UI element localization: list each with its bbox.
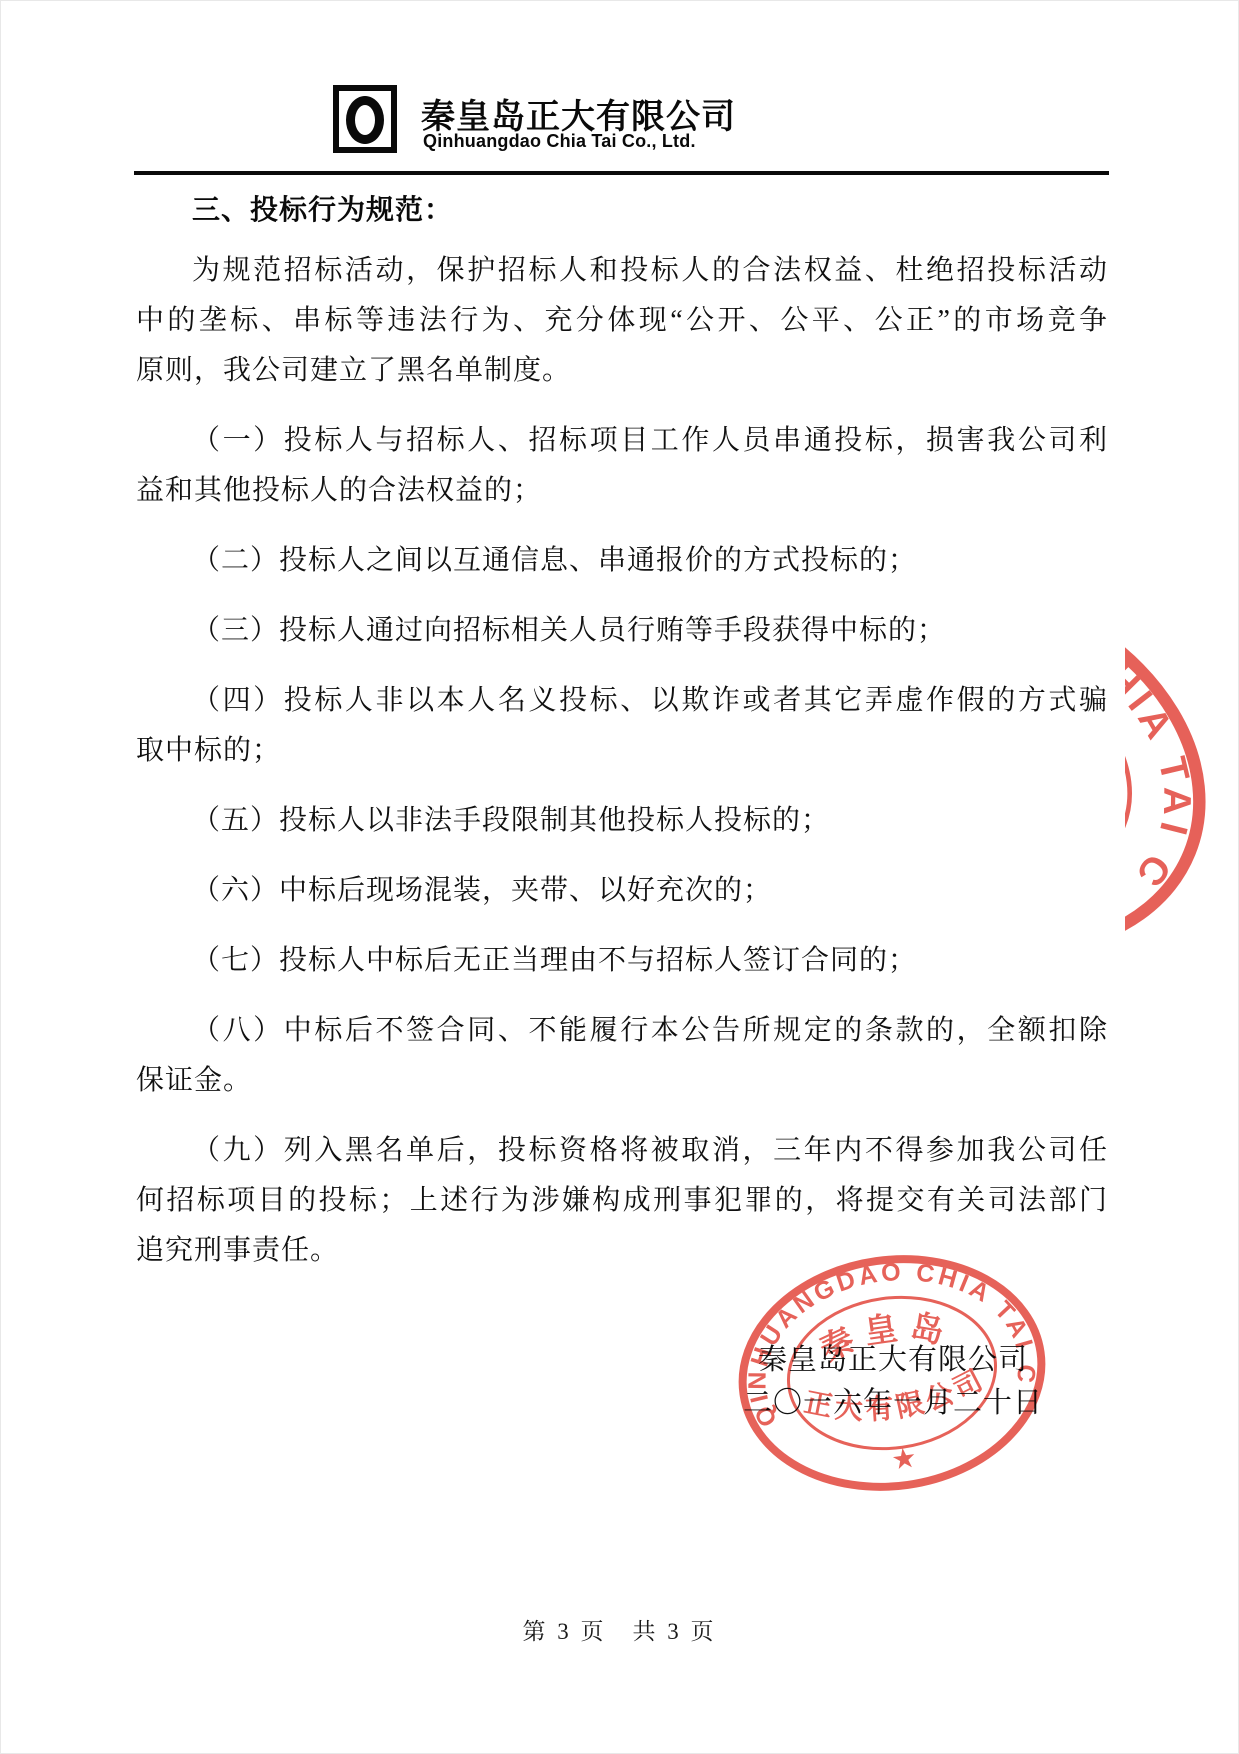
body-line: （六）中标后现场混装，夹带、以好充次的；: [136, 866, 1108, 916]
body-line: （八）中标后不签合同、不能履行本公告所规定的条款的，全额扣除: [136, 1006, 1108, 1056]
company-name-en: Qinhuangdao Chia Tai Co., Ltd.: [423, 131, 696, 152]
seal-star-icon: ★: [890, 1443, 919, 1477]
body-line: 取中标的；: [136, 726, 1108, 776]
partial-seal-stamp: QINHUANGDAO CHIA TAI CO., LTD. 秦皇岛 正大有限公…: [1125, 625, 1239, 937]
body-paragraph: （八）中标后不签合同、不能履行本公告所规定的条款的，全额扣除保证金。: [136, 1006, 1108, 1106]
logo-oval: [346, 96, 384, 144]
body-line: 保证金。: [136, 1056, 1108, 1106]
body-paragraph: （四）投标人非以本人名义投标、以欺诈或者其它弄虚作假的方式骗取中标的；: [136, 676, 1108, 776]
body-line: 益和其他投标人的合法权益的；: [136, 466, 1108, 516]
page-footer: 第 3 页 共 3 页: [1, 1613, 1238, 1646]
body-line: （五）投标人以非法手段限制其他投标人投标的；: [136, 796, 1108, 846]
body-line: 为规范招标活动，保护招标人和投标人的合法权益、杜绝招投标活动: [136, 246, 1108, 296]
body-paragraph: （五）投标人以非法手段限制其他投标人投标的；: [136, 796, 1108, 846]
body-line: （三）投标人通过向招标相关人员行贿等手段获得中标的；: [136, 606, 1108, 656]
body-paragraph: （七）投标人中标后无正当理由不与招标人签订合同的；: [136, 936, 1108, 986]
body-paragraph: （三）投标人通过向招标相关人员行贿等手段获得中标的；: [136, 606, 1108, 656]
svg-text:正大有限公司: 正大有限公司: [798, 1361, 994, 1436]
body-line: 何招标项目的投标；上述行为涉嫌构成刑事犯罪的，将提交有关司法部门: [136, 1176, 1108, 1226]
body-paragraph: （二）投标人之间以互通信息、串通报价的方式投标的；: [136, 536, 1108, 586]
body-line: （四）投标人非以本人名义投标、以欺诈或者其它弄虚作假的方式骗: [136, 676, 1108, 726]
document-page: 秦皇岛正大有限公司 Qinhuangdao Chia Tai Co., Ltd.…: [0, 0, 1239, 1754]
company-seal-stamp: QINHUANGDAO CHIA TAI CO., LTD. 秦皇岛 正大有限公…: [716, 1226, 1068, 1520]
seal-inner-bottom-text: 正大有限公司: [798, 1361, 994, 1436]
body-paragraph: （一）投标人与招标人、招标项目工作人员串通投标，损害我公司利益和其他投标人的合法…: [136, 416, 1108, 516]
seal-inner-top-text: 秦皇岛: [812, 1301, 961, 1370]
body-line: 中的垄标、串标等违法行为、充分体现“公开、公平、公正”的市场竞争: [136, 296, 1108, 346]
body-line: （七）投标人中标后无正当理由不与招标人签订合同的；: [136, 936, 1108, 986]
svg-text:秦皇岛: 秦皇岛: [812, 1301, 961, 1370]
body-line: （一）投标人与招标人、招标项目工作人员串通投标，损害我公司利: [136, 416, 1108, 466]
body-paragraph: （六）中标后现场混装，夹带、以好充次的；: [136, 866, 1108, 916]
page-number: 第 3 页 共 3 页: [523, 1619, 717, 1644]
header-divider: [134, 171, 1109, 175]
company-logo-icon: [333, 85, 397, 153]
body-paragraph: 为规范招标活动，保护招标人和投标人的合法权益、杜绝招投标活动中的垄标、串标等违法…: [136, 246, 1108, 396]
section-title: 三、投标行为规范：: [136, 193, 1108, 227]
body-line: 原则，我公司建立了黑名单制度。: [136, 346, 1108, 396]
body-line: （二）投标人之间以互通信息、串通报价的方式投标的；: [136, 536, 1108, 586]
body-line: （九）列入黑名单后，投标资格将被取消，三年内不得参加我公司任: [136, 1126, 1108, 1176]
document-paragraphs: 为规范招标活动，保护招标人和投标人的合法权益、杜绝招投标活动中的垄标、串标等违法…: [136, 246, 1108, 1276]
document-body: 三、投标行为规范： 为规范招标活动，保护招标人和投标人的合法权益、杜绝招投标活动…: [136, 193, 1108, 1296]
